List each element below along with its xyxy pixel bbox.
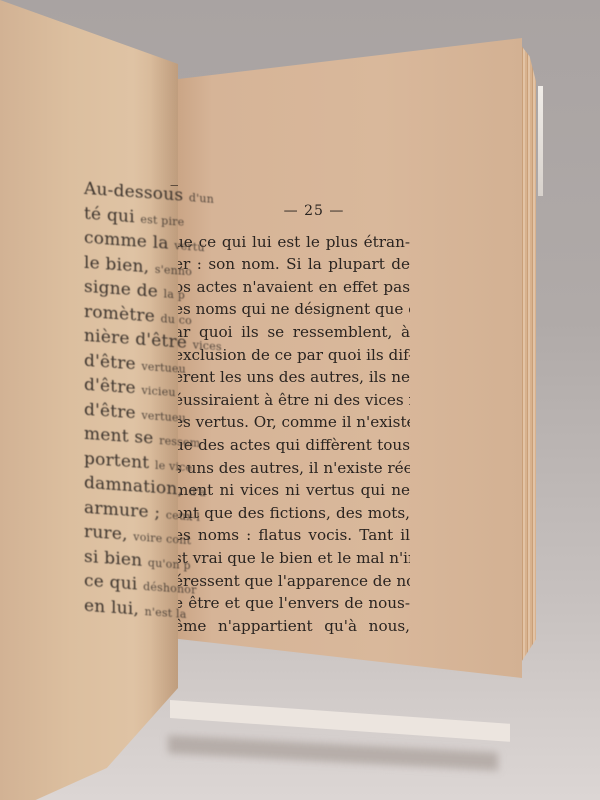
right-page-text: — 25 — ue ce qui lui est le plus étran- … bbox=[174, 210, 410, 637]
text-line: éussiraient à être ni des vices ni bbox=[174, 389, 410, 412]
left-page-text: Au-dessous d'un té qui est pire comme la… bbox=[84, 178, 204, 627]
text-line: es vertus. Or, comme il n'existe bbox=[174, 411, 410, 434]
page-block-edges bbox=[520, 44, 536, 664]
text-line: st vrai que le bien et le mal n'in- bbox=[174, 547, 410, 570]
text-line: os actes n'avaient en effet pas bbox=[174, 276, 410, 299]
text-line: er : son nom. Si la plupart de bbox=[174, 253, 410, 276]
text-line: es noms : flatus vocis. Tant il bbox=[174, 524, 410, 547]
text-line: s uns des autres, il n'existe réel- bbox=[174, 457, 410, 480]
text-line: ment ni vices ni vertus qui ne bbox=[174, 479, 410, 502]
page-number: — 25 — bbox=[218, 200, 410, 223]
book-shadow bbox=[168, 735, 498, 770]
text-line: éressent que l'apparence de no- bbox=[174, 570, 410, 593]
text-line: ême n'appartient qu'à nous, bbox=[174, 615, 410, 638]
text-line: ue des actes qui diffèrent tous bbox=[174, 434, 410, 457]
bookmark-slip bbox=[538, 86, 543, 196]
text-line: ue ce qui lui est le plus étran- bbox=[174, 231, 410, 254]
text-line: e être et que l'envers de nous- bbox=[174, 592, 410, 615]
text-line: es noms qui ne désignent que ce bbox=[174, 298, 410, 321]
book-photo: — 25 — ue ce qui lui est le plus étran- … bbox=[0, 0, 600, 800]
text-line: èrent les uns des autres, ils ne bbox=[174, 366, 410, 389]
bottom-leaf-edge bbox=[170, 700, 510, 742]
text-line: ont que des fictions, des mots, bbox=[174, 502, 410, 525]
